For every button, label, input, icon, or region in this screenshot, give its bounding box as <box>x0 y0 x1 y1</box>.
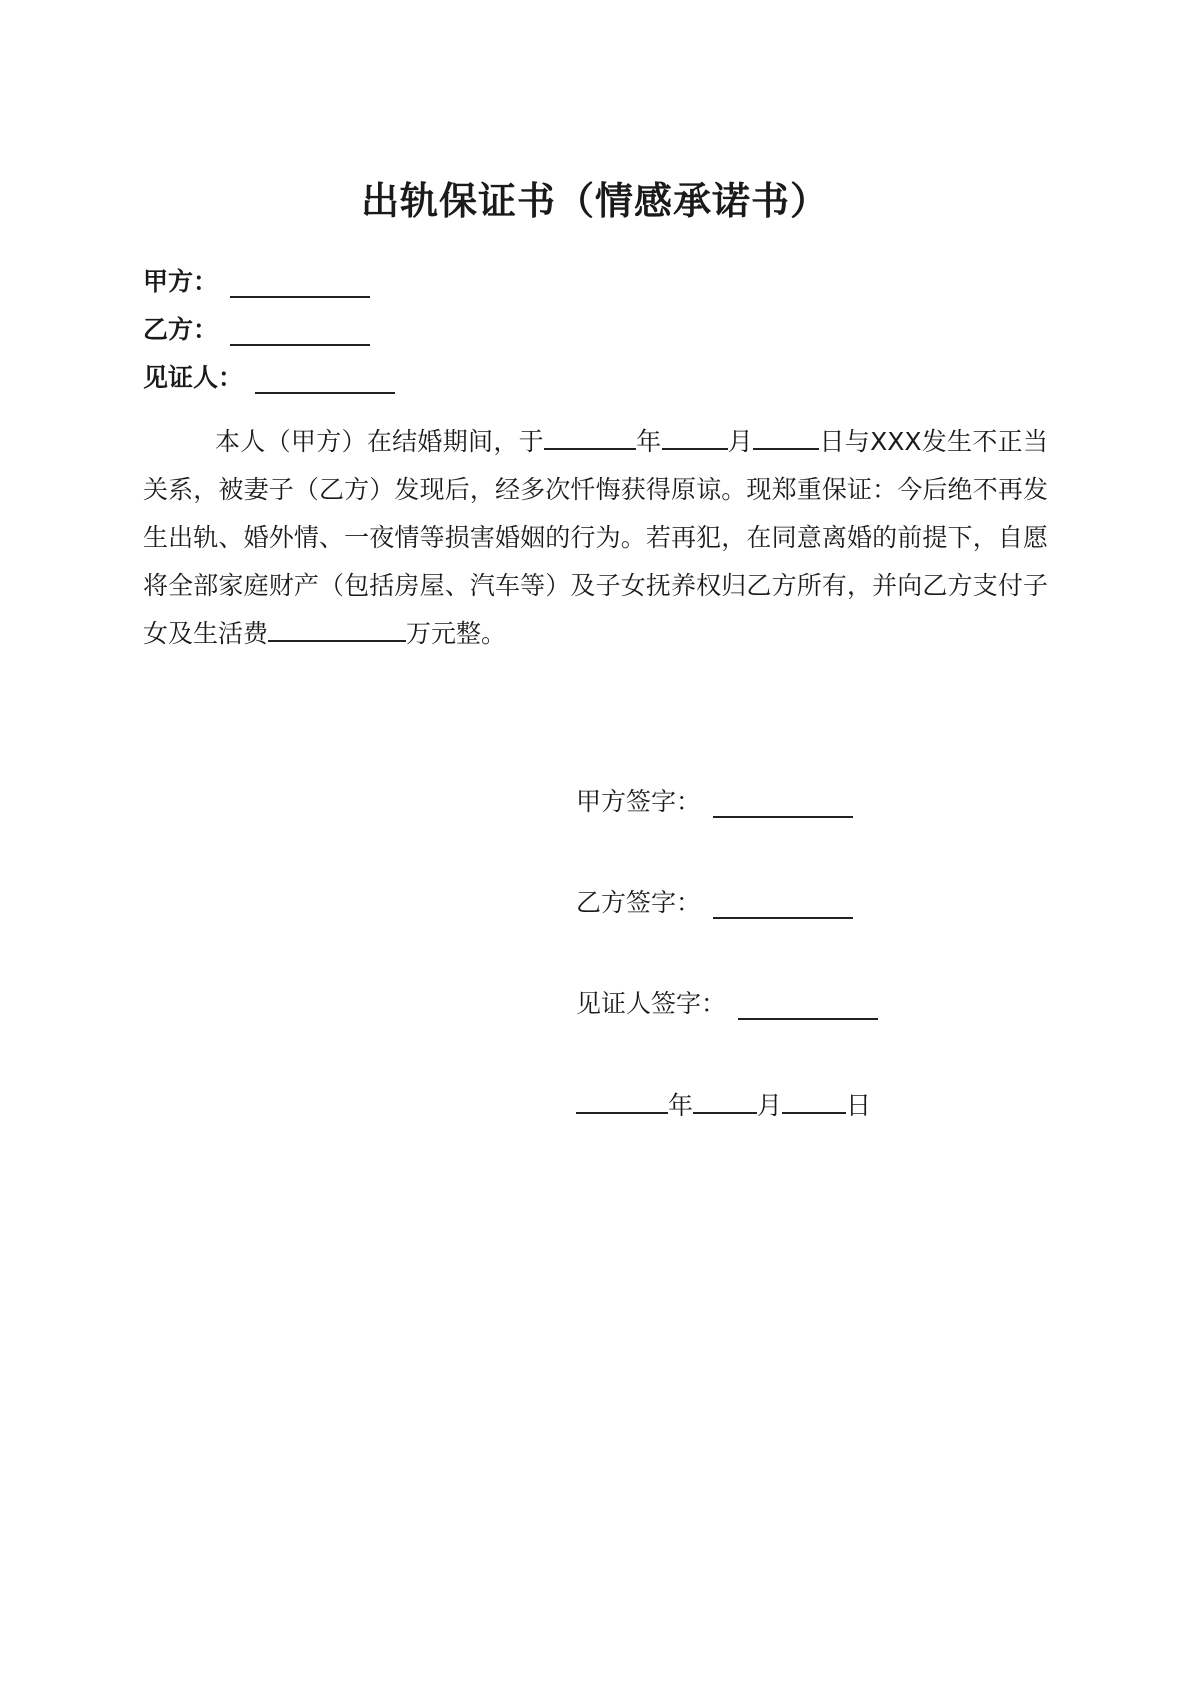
date-day-blank[interactable] <box>782 1092 846 1114</box>
party-b-label: 乙方： <box>143 310 218 346</box>
party-b-signature: 乙方签字： <box>576 883 853 919</box>
date-day-label: 日 <box>846 1091 871 1120</box>
body-text-3: 万元整。 <box>406 619 506 648</box>
incident-day-blank[interactable] <box>753 428 819 450</box>
party-b-field: 乙方： <box>143 310 370 346</box>
signing-date: 年月日 <box>576 1086 871 1122</box>
party-b-signature-label: 乙方签字： <box>576 883 701 919</box>
body-text-1: 本人（甲方）在结婚期间，于 <box>215 427 544 456</box>
party-a-signature: 甲方签字： <box>576 782 853 818</box>
date-year-blank[interactable] <box>576 1092 668 1114</box>
party-b-blank[interactable] <box>230 322 370 346</box>
body-text-2: 日与XXX发生不正当关系，被妻子（乙方）发现后，经多次忏悔获得原谅。现郑重保证：… <box>143 427 1048 648</box>
witness-signature: 见证人签字： <box>576 984 878 1020</box>
year-label: 年 <box>636 427 662 456</box>
date-year-label: 年 <box>668 1091 693 1120</box>
document-page: 出轨保证书（情感承诺书） 甲方： 乙方： 见证人： 本人（甲方）在结婚期间，于年… <box>0 0 1190 1684</box>
incident-month-blank[interactable] <box>662 428 728 450</box>
party-a-field: 甲方： <box>143 262 370 298</box>
party-a-signature-label: 甲方签字： <box>576 782 701 818</box>
document-title: 出轨保证书（情感承诺书） <box>0 170 1190 225</box>
witness-field: 见证人： <box>143 358 395 394</box>
witness-signature-blank[interactable] <box>738 996 878 1020</box>
date-month-label: 月 <box>757 1091 782 1120</box>
party-a-label: 甲方： <box>143 262 218 298</box>
incident-year-blank[interactable] <box>544 428 636 450</box>
party-b-signature-blank[interactable] <box>713 895 853 919</box>
date-month-blank[interactable] <box>693 1092 757 1114</box>
body-paragraph: 本人（甲方）在结婚期间，于年月日与XXX发生不正当关系，被妻子（乙方）发现后，经… <box>143 418 1048 658</box>
witness-signature-label: 见证人签字： <box>576 984 726 1020</box>
party-a-signature-blank[interactable] <box>713 794 853 818</box>
amount-blank[interactable] <box>268 620 406 642</box>
witness-label: 见证人： <box>143 358 243 394</box>
party-a-blank[interactable] <box>230 274 370 298</box>
witness-blank[interactable] <box>255 370 395 394</box>
month-label: 月 <box>728 427 754 456</box>
